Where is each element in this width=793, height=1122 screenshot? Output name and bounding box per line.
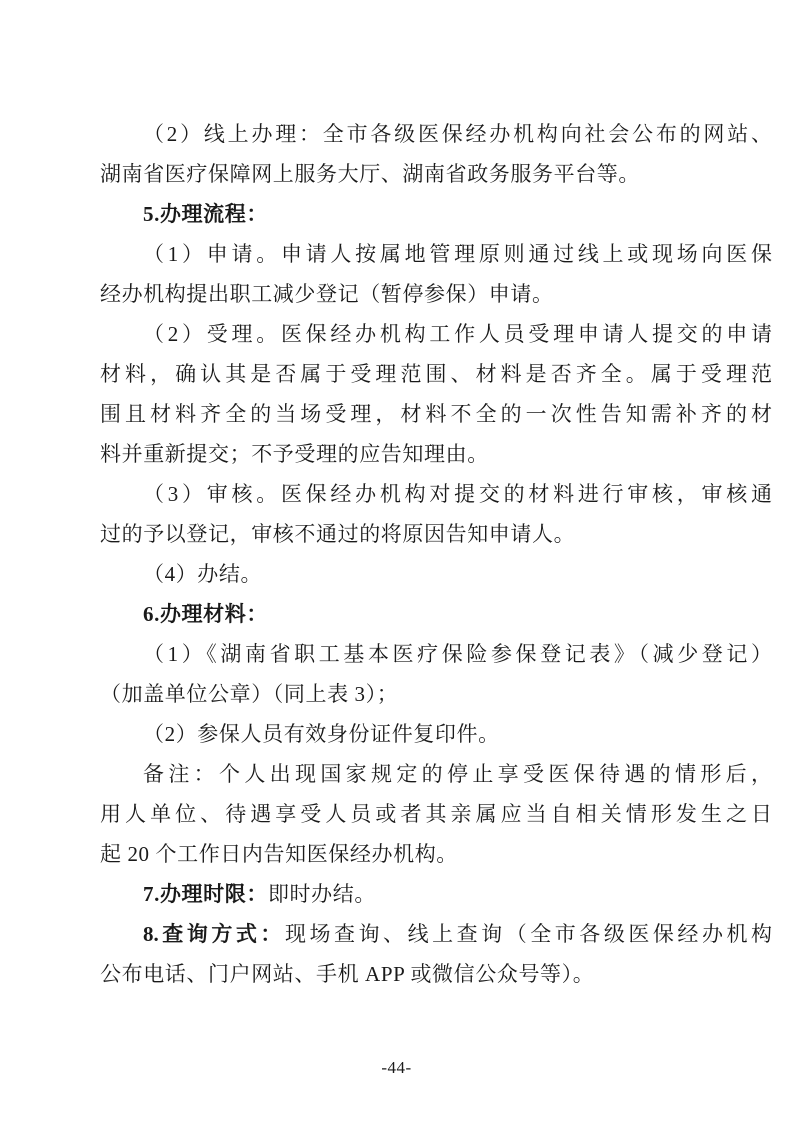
page-number: -44-	[0, 1058, 793, 1078]
text-line: 8.查询方式：现场查询、线上查询（全市各级医保经办机构	[100, 914, 772, 954]
text-run: （4）办结。	[143, 562, 262, 586]
text-run: （2）受理。医保经办机构工作人员受理申请人提交的申请	[143, 322, 772, 346]
text-line: （2）受理。医保经办机构工作人员受理申请人提交的申请	[100, 314, 772, 354]
text-run: （3）审核。医保经办机构对提交的材料进行审核，审核通	[143, 482, 772, 506]
text-run: 即时办结。	[268, 882, 376, 906]
text-line: 起 20 个工作日内告知医保经办机构。	[100, 834, 772, 874]
text-run: （1）《湖南省职工基本医疗保险参保登记表》（减少登记）	[143, 642, 772, 666]
section-heading-run: 7.办理时限：	[143, 882, 268, 906]
text-line: （加盖单位公章）（同上表 3）；	[100, 674, 772, 714]
text-line: 围且材料齐全的当场受理，材料不全的一次性告知需补齐的材	[100, 394, 772, 434]
section-heading-run: 6.办理材料：	[143, 602, 268, 626]
text-run: 经办机构提出职工减少登记（暂停参保）申请。	[100, 282, 554, 306]
text-run: 公布电话、门户网站、手机 APP 或微信公众号等）。	[100, 962, 594, 986]
text-run: 围且材料齐全的当场受理，材料不全的一次性告知需补齐的材	[100, 402, 772, 426]
text-run: （2）参保人员有效身份证件复印件。	[143, 722, 500, 746]
text-line: 公布电话、门户网站、手机 APP 或微信公众号等）。	[100, 954, 772, 994]
text-line: 湖南省医疗保障网上服务大厅、湖南省政务服务平台等。	[100, 154, 772, 194]
text-line: 6.办理材料：	[100, 594, 772, 634]
text-line: （2）参保人员有效身份证件复印件。	[100, 714, 772, 754]
document-page: （2）线上办理：全市各级医保经办机构向社会公布的网站、湖南省医疗保障网上服务大厅…	[0, 0, 793, 1122]
text-run: 起 20 个工作日内告知医保经办机构。	[100, 842, 458, 866]
text-line: （1）《湖南省职工基本医疗保险参保登记表》（减少登记）	[100, 634, 772, 674]
text-run: 材料，确认其是否属于受理范围、材料是否齐全。属于受理范	[100, 362, 772, 386]
text-line: 料并重新提交；不予受理的应告知理由。	[100, 434, 772, 474]
text-line: （3）审核。医保经办机构对提交的材料进行审核，审核通	[100, 474, 772, 514]
text-line: 经办机构提出职工减少登记（暂停参保）申请。	[100, 274, 772, 314]
text-run: 备注：个人出现国家规定的停止享受医保待遇的情形后，	[143, 762, 772, 786]
text-run: 用人单位、待遇享受人员或者其亲属应当自相关情形发生之日	[100, 802, 772, 826]
text-line: 过的予以登记，审核不通过的将原因告知申请人。	[100, 514, 772, 554]
text-line: （1）申请。申请人按属地管理原则通过线上或现场向医保	[100, 234, 772, 274]
text-line: （4）办结。	[100, 554, 772, 594]
text-line: 用人单位、待遇享受人员或者其亲属应当自相关情形发生之日	[100, 794, 772, 834]
text-run: 过的予以登记，审核不通过的将原因告知申请人。	[100, 522, 575, 546]
text-line: 7.办理时限：即时办结。	[100, 874, 772, 914]
text-line: （2）线上办理：全市各级医保经办机构向社会公布的网站、	[100, 114, 772, 154]
text-run: 湖南省医疗保障网上服务大厅、湖南省政务服务平台等。	[100, 162, 640, 186]
text-run: （1）申请。申请人按属地管理原则通过线上或现场向医保	[143, 242, 772, 266]
text-run: （加盖单位公章）（同上表 3）；	[100, 682, 398, 706]
section-heading-run: 8.查询方式：	[143, 922, 285, 946]
text-line: 备注：个人出现国家规定的停止享受医保待遇的情形后，	[100, 754, 772, 794]
section-heading-run: 5.办理流程：	[143, 202, 268, 226]
text-line: 5.办理流程：	[100, 194, 772, 234]
text-line: 材料，确认其是否属于受理范围、材料是否齐全。属于受理范	[100, 354, 772, 394]
text-run: （2）线上办理：全市各级医保经办机构向社会公布的网站、	[143, 122, 772, 146]
text-run: 现场查询、线上查询（全市各级医保经办机构	[285, 922, 772, 946]
document-body: （2）线上办理：全市各级医保经办机构向社会公布的网站、湖南省医疗保障网上服务大厅…	[100, 114, 772, 994]
text-run: 料并重新提交；不予受理的应告知理由。	[100, 442, 489, 466]
